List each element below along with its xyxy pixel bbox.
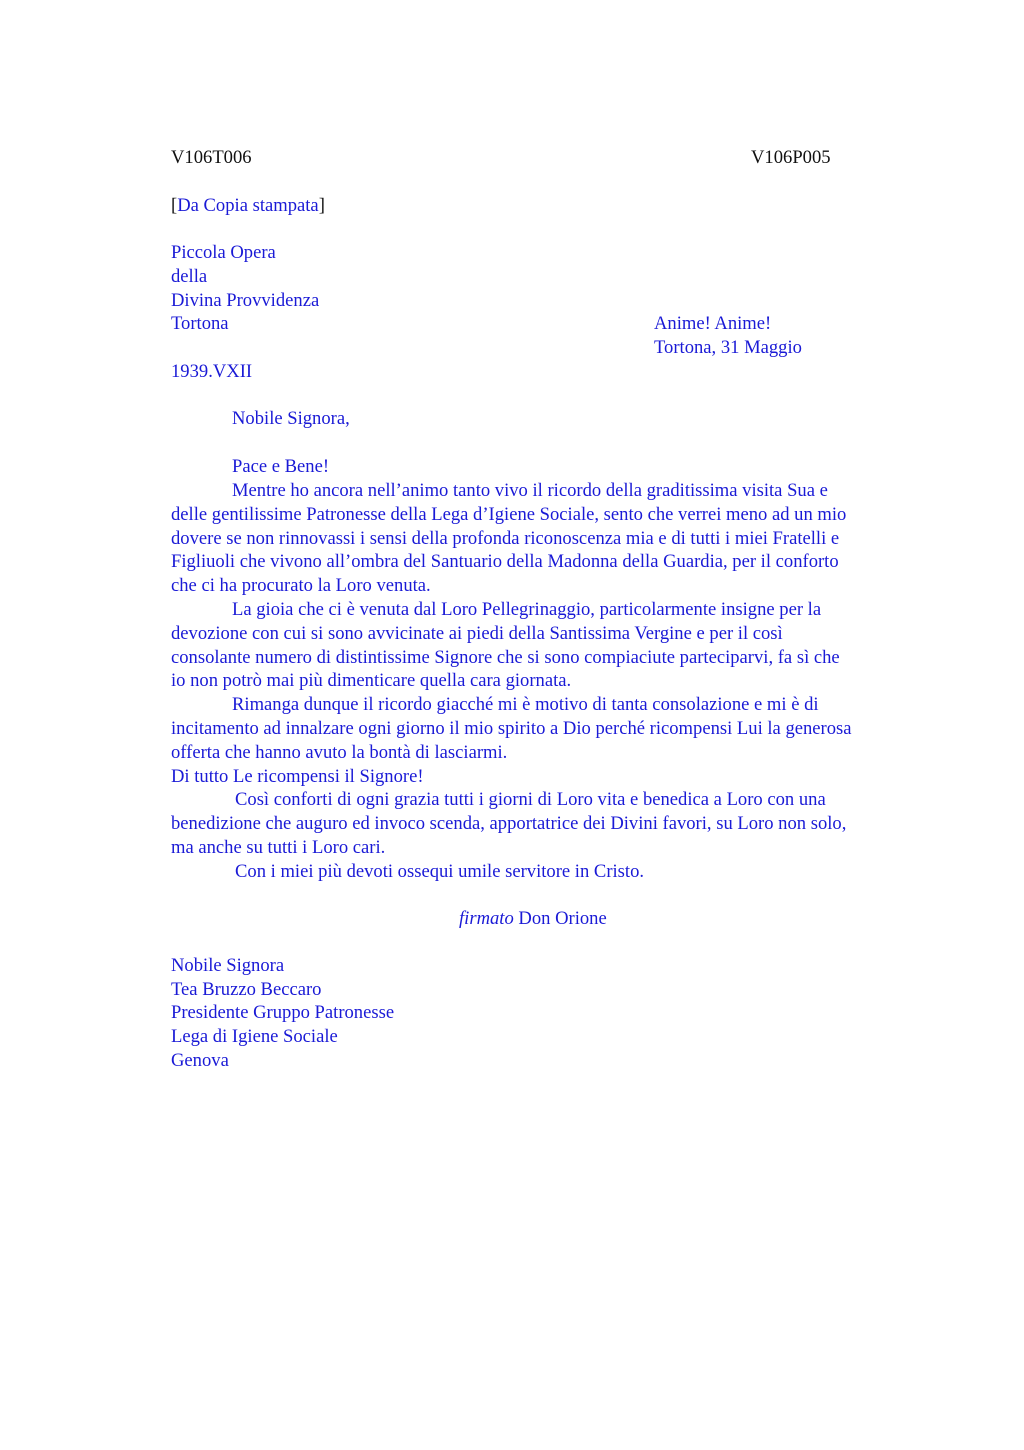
recipient-line: Genova: [171, 1049, 229, 1073]
blessing-line: Di tutto Le ricompensi il Signore!: [171, 765, 931, 789]
motto: Anime! Anime!: [654, 312, 771, 336]
paragraph-line: dovere se non rinnovassi i sensi della p…: [171, 527, 931, 551]
recipient-line: Tea Bruzzo Beccaro: [171, 978, 321, 1002]
paragraph-line: delle gentilissime Patronesse della Lega…: [171, 503, 931, 527]
document-code-right: V106P005: [751, 146, 831, 170]
letter-body: Mentre ho ancora nell’animo tanto vivo i…: [171, 479, 931, 884]
paragraph-line: benedizione che auguro ed invoco scenda,…: [171, 812, 931, 836]
signature: firmato Don Orione: [459, 907, 607, 931]
source-note-text: Da Copia stampata: [177, 195, 318, 216]
paragraph: La gioia che ci è venuta dal Loro Pelleg…: [171, 598, 931, 693]
recipient-line: Nobile Signora: [171, 954, 284, 978]
sender-line: Piccola Opera: [171, 241, 276, 265]
sender-line: Tortona: [171, 312, 229, 336]
paragraph-line: La gioia che ci è venuta dal Loro Pelleg…: [171, 598, 931, 622]
paragraph-line: Mentre ho ancora nell’animo tanto vivo i…: [171, 479, 931, 503]
sender-line: della: [171, 265, 207, 289]
paragraph-line: Con i miei più devoti ossequi umile serv…: [171, 860, 931, 884]
paragraph-line: che ci ha procurato la Loro venuta.: [171, 574, 931, 598]
source-note: [Da Copia stampata]: [171, 194, 325, 218]
paragraph: Rimanga dunque il ricordo giacché mi è m…: [171, 693, 931, 764]
paragraph-line: ma anche su tutti i Loro cari.: [171, 836, 931, 860]
recipient-line: Presidente Gruppo Patronesse: [171, 1001, 394, 1025]
paragraph-line: Figliuoli che vivono all’ombra del Santu…: [171, 550, 931, 574]
paragraph: Con i miei più devoti ossequi umile serv…: [171, 860, 931, 884]
signature-name: Don Orione: [518, 908, 606, 929]
paragraph-line: Così conforti di ogni grazia tutti i gio…: [171, 788, 931, 812]
paragraph: Mentre ho ancora nell’animo tanto vivo i…: [171, 479, 931, 598]
paragraph-line: incitamento ad innalzare ogni giorno il …: [171, 717, 931, 741]
paragraph: Così conforti di ogni grazia tutti i gio…: [171, 788, 931, 859]
document-code-left: V106T006: [171, 146, 252, 170]
sender-line: Divina Provvidenza: [171, 289, 319, 313]
place-date: Tortona, 31 Maggio: [654, 336, 802, 360]
recipient-line: Lega di Igiene Sociale: [171, 1025, 338, 1049]
paragraph-line: io non potrò mai più dimenticare quella …: [171, 669, 931, 693]
paragraph-line: Di tutto Le ricompensi il Signore!: [171, 765, 931, 789]
salutation: Nobile Signora,: [232, 407, 350, 431]
signature-prefix: firmato: [459, 908, 514, 929]
paragraph-line: offerta che hanno avuto la bontà di lasc…: [171, 741, 931, 765]
paragraph-line: devozione con cui si sono avvicinate ai …: [171, 622, 931, 646]
sender-year: 1939.VXII: [171, 360, 252, 384]
paragraph-line: Rimanga dunque il ricordo giacché mi è m…: [171, 693, 931, 717]
source-note-close-bracket: ]: [319, 195, 325, 216]
greeting: Pace e Bene!: [232, 455, 329, 479]
paragraph-line: consolante numero di distintissime Signo…: [171, 646, 931, 670]
